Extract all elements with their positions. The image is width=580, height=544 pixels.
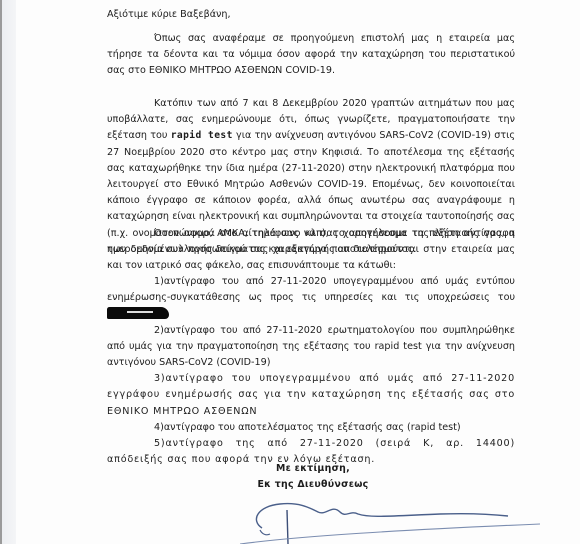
closing-line: Με εκτίμηση, xyxy=(243,461,383,477)
list-item: 4)αντίγραφο του αποτελέσματος της εξέτασ… xyxy=(107,420,515,436)
paragraph-1: Όπως σας αναφέραμε σε προηγούμενη επιστο… xyxy=(107,31,515,80)
closing-block: Με εκτίμηση, Εκ της Διευθύνσεως xyxy=(243,461,383,493)
list-item: 3)αντίγραφο του υπογεγραμμένου από υμάς … xyxy=(107,371,515,420)
signatory-line: Εκ της Διευθύνσεως xyxy=(243,477,383,493)
attachments-list: 1)αντίγραφο του από 27-11-2020 υπογεγραμ… xyxy=(107,274,515,468)
greeting: Αξιότιμε κύριε Βαξεβάνη, xyxy=(107,7,231,23)
list-item: 2)αντίγραφο του από 27-11-2020 ερωτηματο… xyxy=(107,323,515,372)
redaction-mark xyxy=(107,307,169,319)
page-margin-shade xyxy=(2,0,16,544)
handwritten-signature xyxy=(240,500,580,544)
rapid-test-bold: rapid test xyxy=(171,130,233,141)
paragraph-3: Όσον αφορά στο αίτημά σας να σας χορηγήσ… xyxy=(107,226,515,275)
list-item: 1)αντίγραφο του από 27-11-2020 υπογεγραμ… xyxy=(107,274,515,323)
